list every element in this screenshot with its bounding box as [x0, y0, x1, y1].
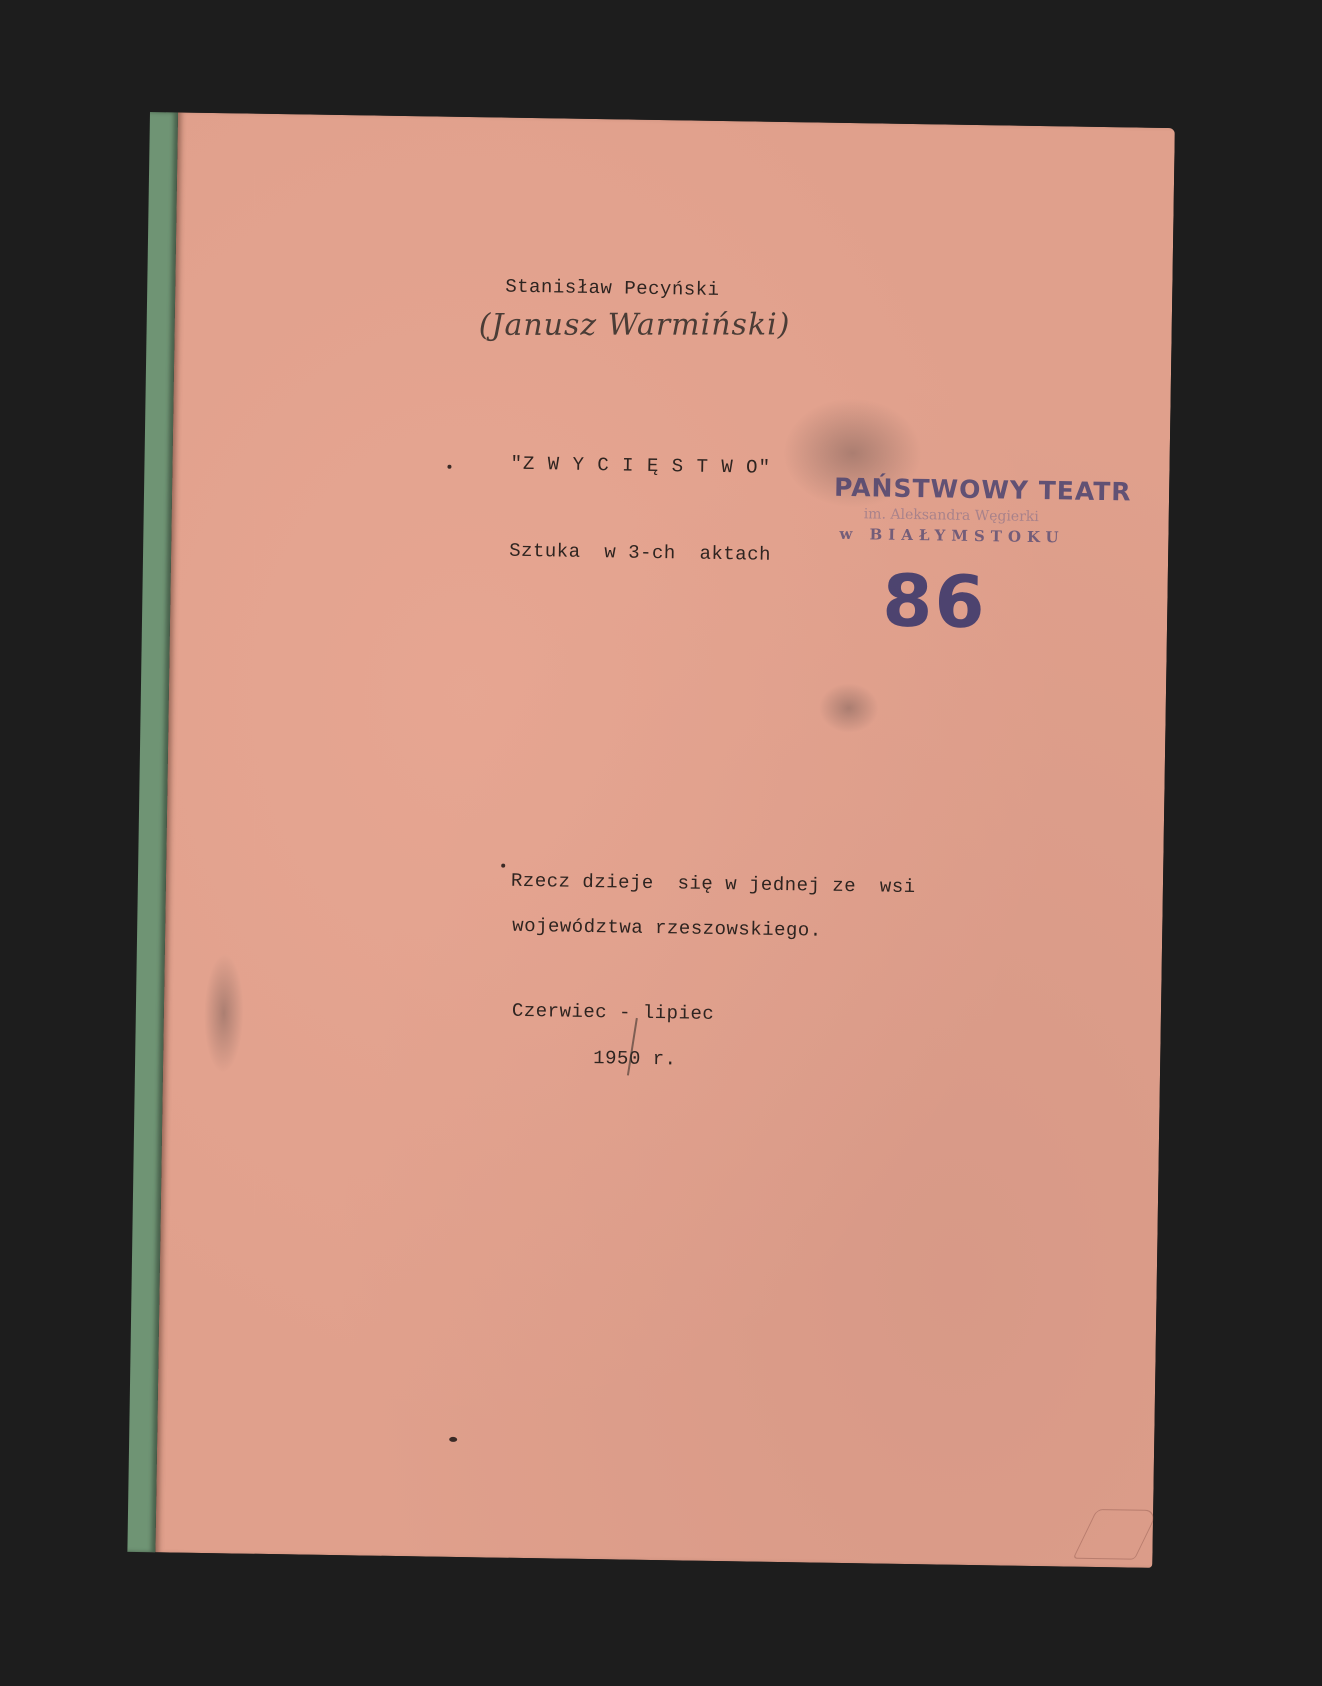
corner-fold [1073, 1509, 1159, 1560]
play-title: "Z W Y C I Ę S T W O" [510, 453, 771, 479]
theatre-stamp-name: PAŃSTWOWY TEATR [834, 473, 1132, 507]
ink-smudge [818, 683, 879, 734]
play-subtitle: Sztuka w 3-ch aktach [509, 540, 771, 566]
theatre-stamp-patron: im. Aleksandra Węgierki [864, 506, 1039, 525]
date-year: 1950 r. [593, 1047, 677, 1070]
paper-speck [447, 465, 451, 469]
date-months: Czerwiec - lipiec [512, 1000, 715, 1025]
scanned-document: Stanisław Pecyński (Janusz Warmiński) "Z… [0, 0, 1322, 1686]
paper-speck [501, 864, 505, 868]
theatre-stamp-city: w BIAŁYMSTOKU [839, 525, 1064, 547]
author-handwritten: (Janusz Warmiński) [479, 307, 791, 343]
paper-stain [203, 953, 245, 1074]
author-typed: Stanisław Pecyński [505, 276, 720, 301]
setting-line-1: Rzecz dzieje się w jednej ze wsi [511, 870, 916, 898]
setting-line-2: województwa rzeszowskiego. [512, 915, 822, 942]
inventory-number-stamp: 86 [882, 559, 988, 645]
title-page: Stanisław Pecyński (Janusz Warmiński) "Z… [127, 112, 1174, 1568]
paper-speck [449, 1437, 457, 1442]
paper-sheet: Stanisław Pecyński (Janusz Warmiński) "Z… [155, 112, 1174, 1567]
